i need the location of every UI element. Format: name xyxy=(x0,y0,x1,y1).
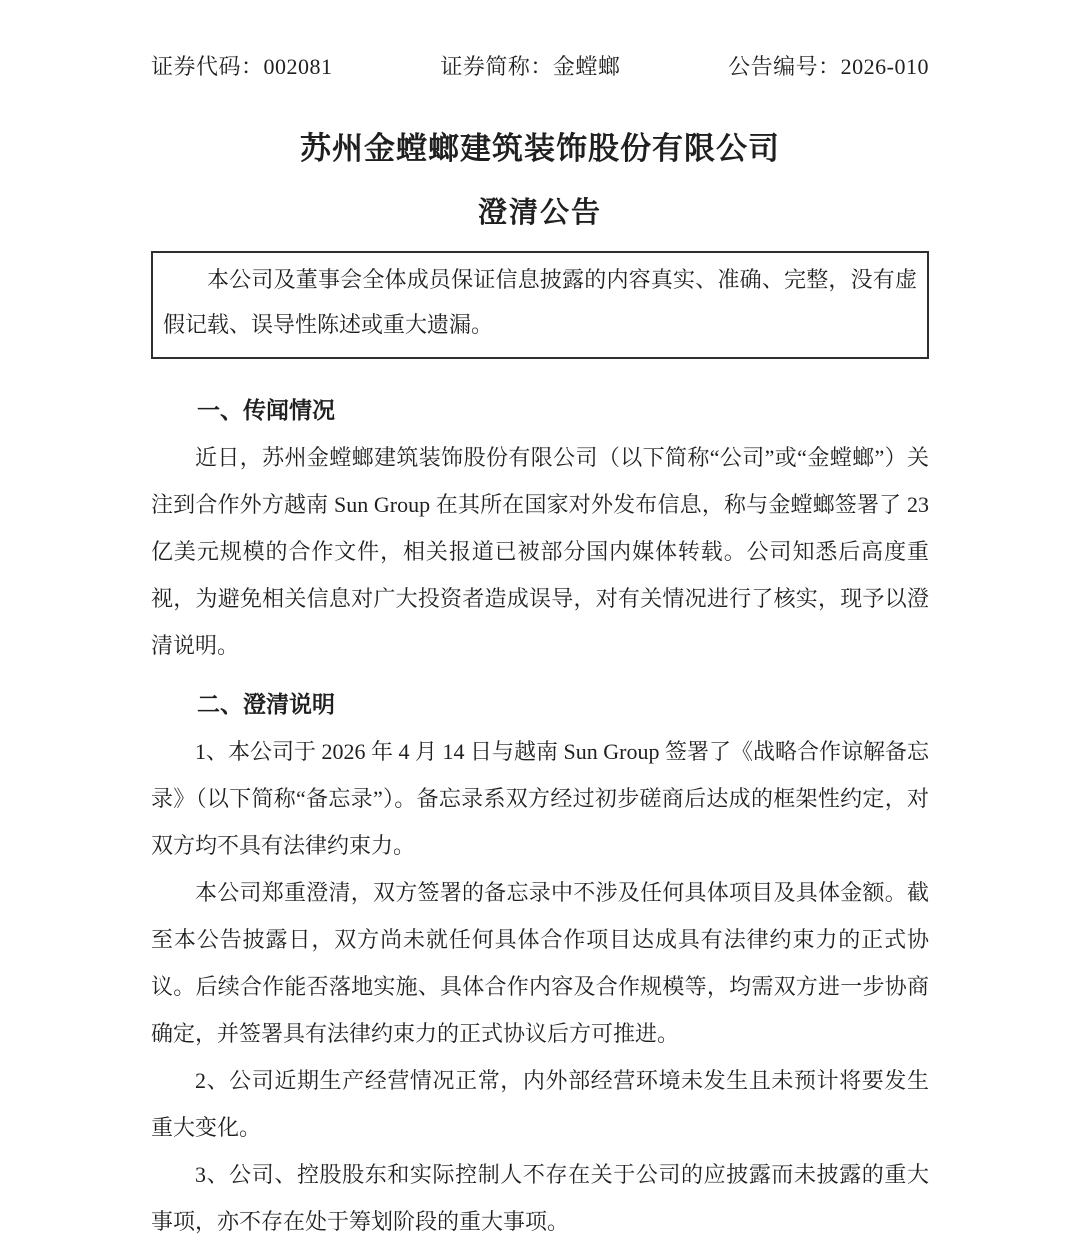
disclaimer-box: 本公司及董事会全体成员保证信息披露的内容真实、准确、完整，没有虚假记载、误导性陈… xyxy=(151,251,929,359)
section-heading-rumor-situation: 一、传闻情况 xyxy=(151,387,929,434)
paragraph-no-undisclosed-matters: 3、公司、控股股东和实际控制人不存在关于公司的应披露而未披露的重大事项，亦不存在… xyxy=(151,1151,929,1245)
paragraph-mou-signing: 1、本公司于 2026 年 4 月 14 日与越南 Sun Group 签署了《… xyxy=(151,728,929,869)
stock-code: 证券代码：002081 xyxy=(151,50,333,81)
announcement-document: 证券代码：002081 证券简称：金螳螂 公告编号：2026-010 苏州金螳螂… xyxy=(151,0,929,1245)
stock-name: 证券简称：金螳螂 xyxy=(440,50,620,81)
section-heading-clarification: 二、澄清说明 xyxy=(151,681,929,728)
paragraph-rumor-details: 近日，苏州金螳螂建筑装饰股份有限公司（以下简称“公司”或“金螳螂”）关注到合作外… xyxy=(151,434,929,669)
section-rumor-situation: 一、传闻情况 近日，苏州金螳螂建筑装饰股份有限公司（以下简称“公司”或“金螳螂”… xyxy=(151,387,929,669)
announcement-number: 公告编号：2026-010 xyxy=(728,50,929,81)
company-title: 苏州金螳螂建筑装饰股份有限公司 xyxy=(151,123,929,168)
paragraph-operations-normal: 2、公司近期生产经营情况正常，内外部经营环境未发生且未预计将要发生重大变化。 xyxy=(151,1057,929,1151)
paragraph-solemn-clarification: 本公司郑重澄清，双方签署的备忘录中不涉及任何具体项目及具体金额。截至本公告披露日… xyxy=(151,869,929,1057)
document-type-title: 澄清公告 xyxy=(151,190,929,231)
document-header: 证券代码：002081 证券简称：金螳螂 公告编号：2026-010 xyxy=(151,50,929,81)
disclaimer-text: 本公司及董事会全体成员保证信息披露的内容真实、准确、完整，没有虚假记载、误导性陈… xyxy=(163,257,917,347)
section-clarification: 二、澄清说明 1、本公司于 2026 年 4 月 14 日与越南 Sun Gro… xyxy=(151,681,929,1245)
